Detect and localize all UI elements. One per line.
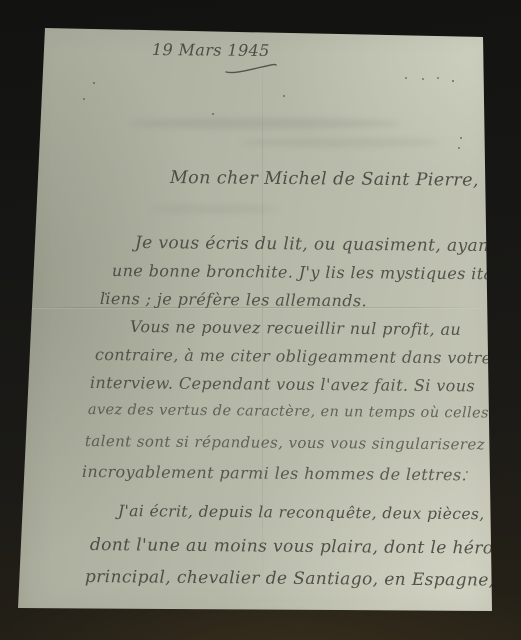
- handwriting-line: talent sont si répandues, vous vous sing…: [85, 432, 485, 453]
- ink-bleedthrough-smudge: [130, 118, 400, 129]
- ink-speck: [452, 80, 454, 82]
- ink-speck: [437, 77, 439, 79]
- handwriting-line: incroyablement parmi les hommes de lettr…: [82, 462, 467, 484]
- handwriting-line: liens ; je préfère les allemands.: [100, 289, 367, 310]
- ink-speck: [458, 147, 460, 149]
- handwriting-line: contraire, à me citer obligeamment dans …: [95, 345, 492, 367]
- letter-date: 19 Mars 1945: [152, 40, 270, 60]
- ink-speck: [283, 95, 285, 97]
- ink-speck: [460, 137, 462, 139]
- handwriting-line: J'ai écrit, depuis la reconquête, deux p…: [118, 502, 485, 523]
- handwriting-line: dont l'une au moins vous plaira, dont le…: [90, 535, 503, 559]
- ink-speck: [405, 77, 407, 79]
- handwriting-line: une bonne bronchite. J'y lis les mystiqu…: [112, 261, 500, 283]
- handwriting-line: Vous ne pouvez recueillir nul profit, au: [130, 317, 461, 339]
- handwriting-line: interview. Cependant vous l'avez fait. S…: [90, 373, 475, 395]
- handwriting-line: principal, chevalier de Santiago, en Esp…: [85, 567, 495, 591]
- ink-speck: [466, 471, 468, 473]
- handwriting-line: avez des vertus de caractère, en un temp…: [88, 402, 514, 422]
- ink-speck: [212, 113, 214, 115]
- ink-bleedthrough-smudge: [240, 138, 440, 147]
- ink-speck: [105, 293, 107, 295]
- ink-speck: [422, 78, 424, 80]
- ink-speck: [93, 82, 95, 84]
- handwriting-line: Je vous écris du lit, ou quasiment, ayan…: [135, 233, 497, 256]
- date-underline-flourish: [224, 62, 278, 75]
- ink-speck: [83, 98, 85, 100]
- ink-bleedthrough-smudge: [150, 205, 280, 213]
- letter-paper-sheet: 19 Mars 1945 Mon cher Michel de Saint Pi…: [0, 0, 521, 640]
- letter-salutation: Mon cher Michel de Saint Pierre,: [170, 168, 479, 191]
- letter-photograph: 19 Mars 1945 Mon cher Michel de Saint Pi…: [0, 0, 521, 640]
